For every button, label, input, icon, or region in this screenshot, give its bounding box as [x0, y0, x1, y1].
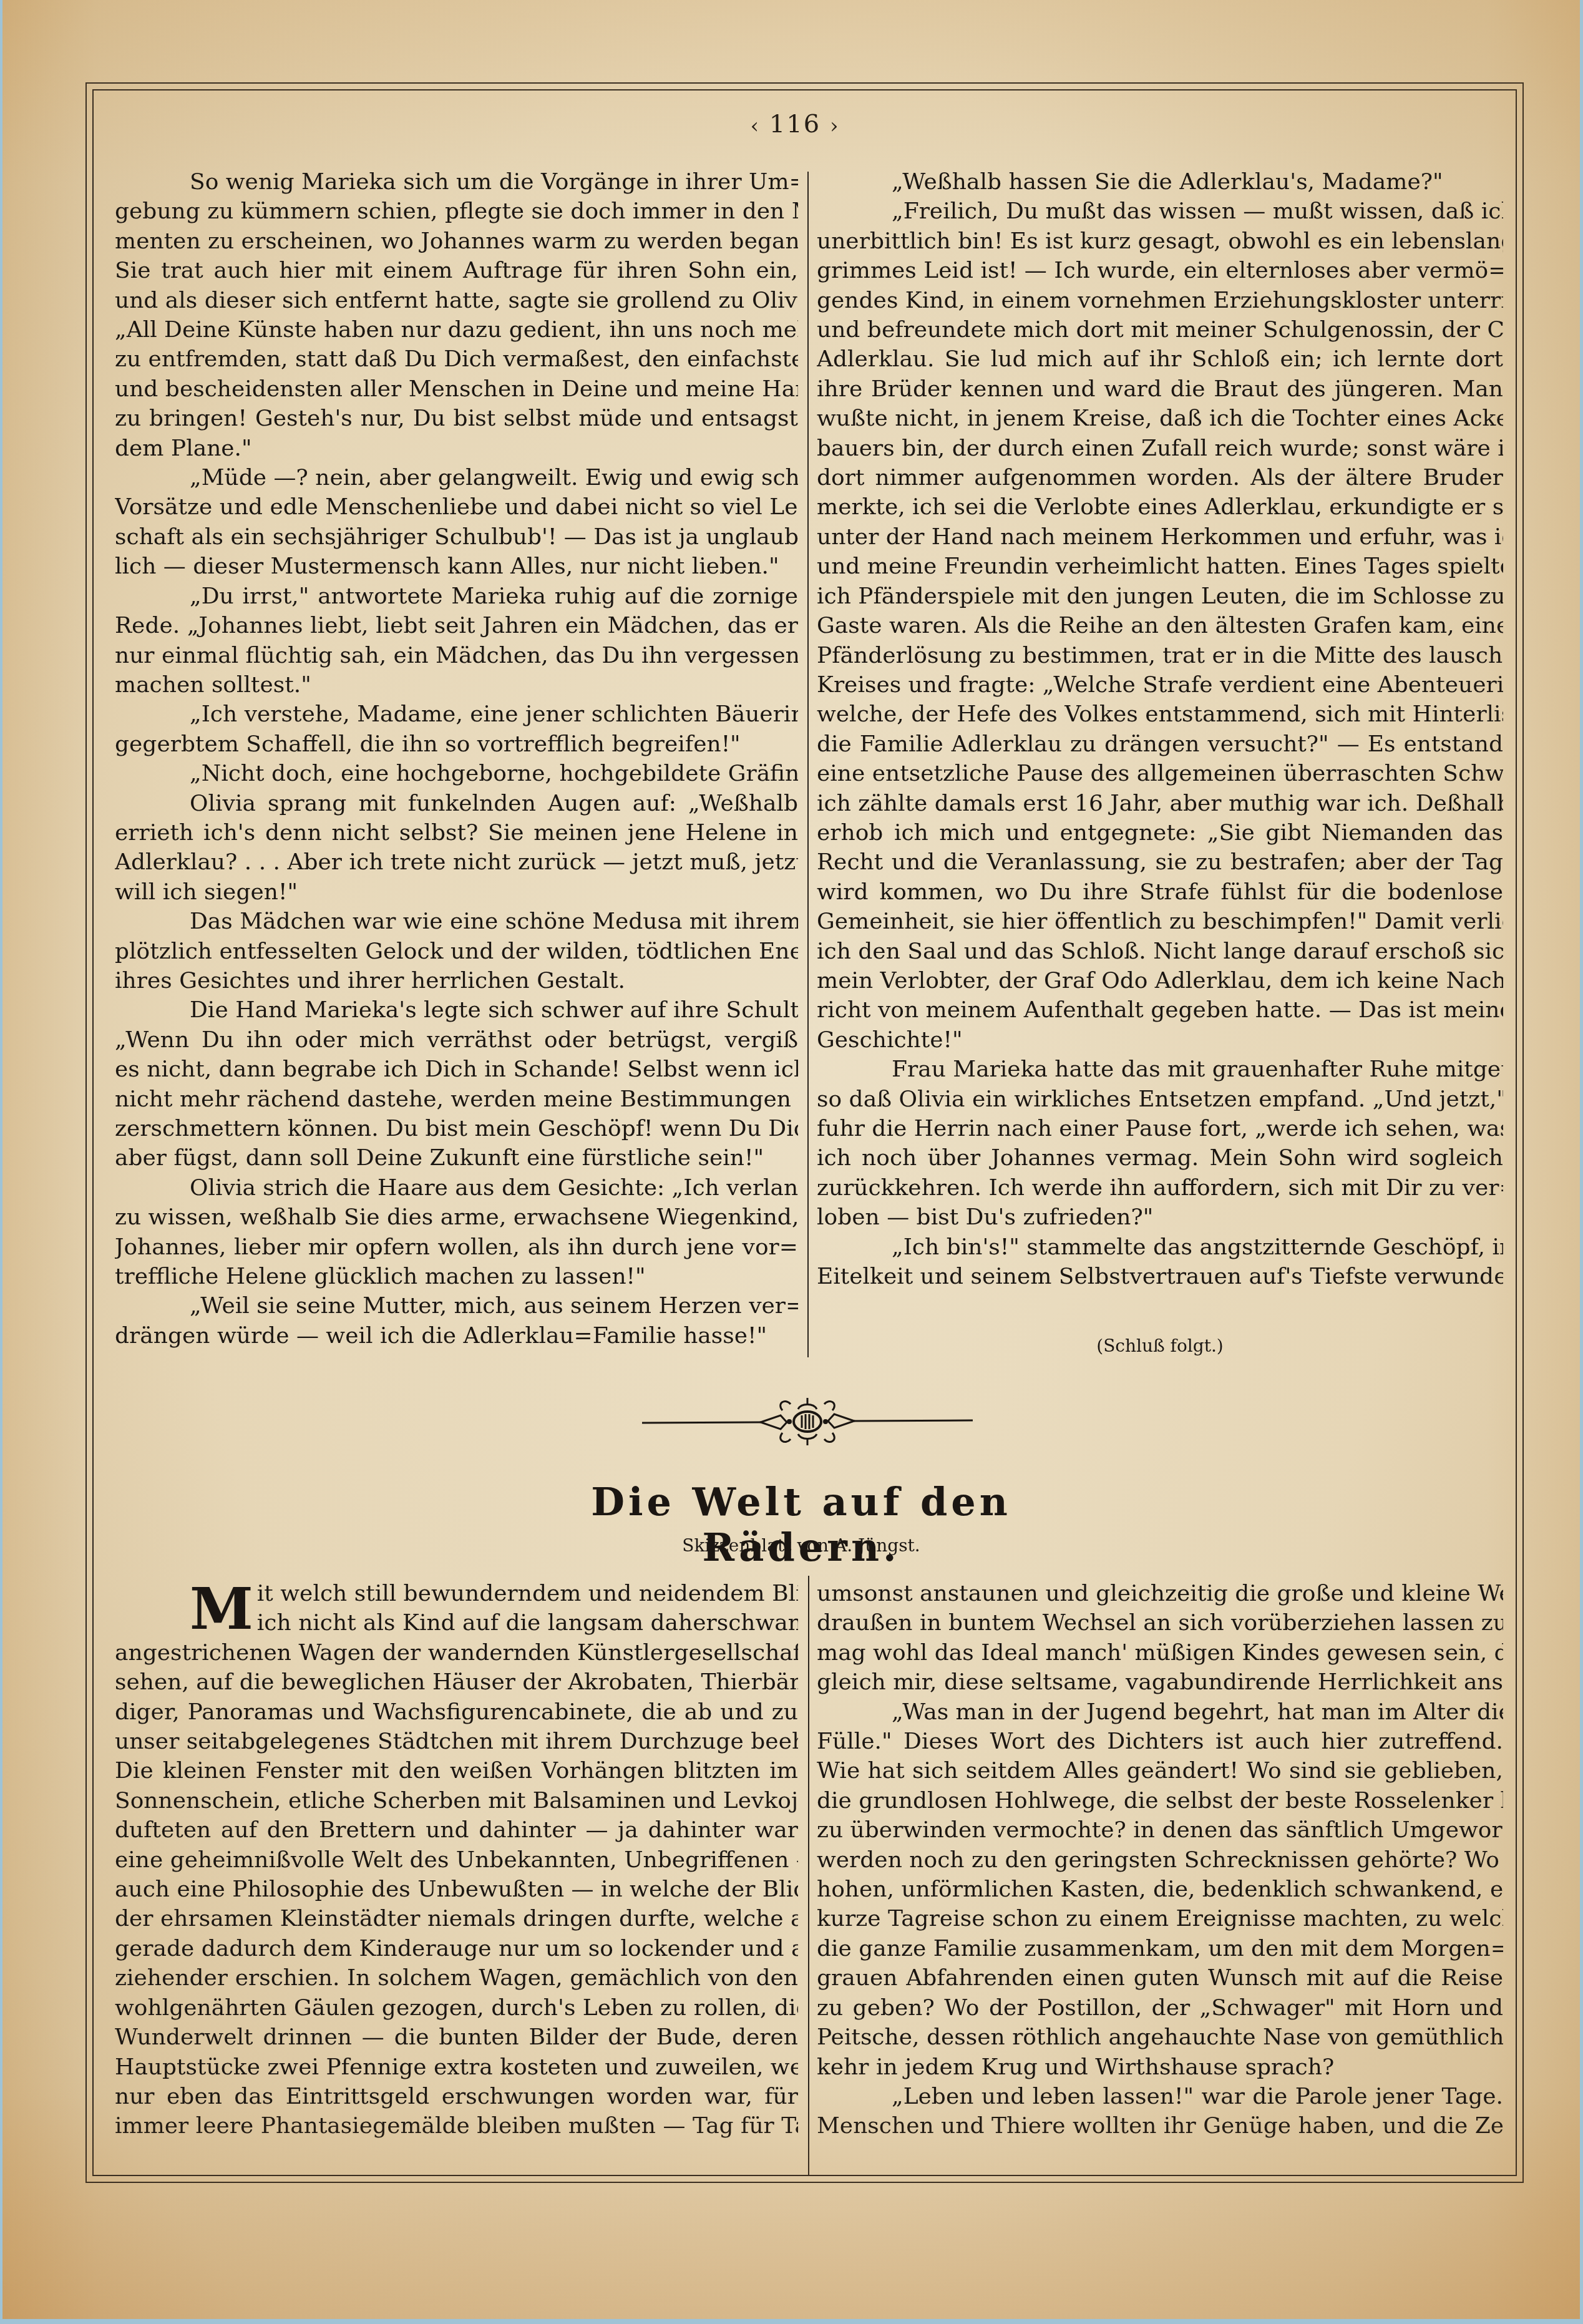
text-line: treffliche Helene glücklich machen zu la… [115, 1262, 798, 1291]
text-line: die Familie Adlerklau zu drängen versuch… [817, 730, 1503, 759]
paragraph: Olivia sprang mit funkelnden Augen auf: … [115, 789, 798, 907]
paragraph: Frau Marieka hatte das mit grauenhafter … [817, 1055, 1503, 1232]
text-line: welche, der Hefe des Volkes entstammend,… [817, 700, 1503, 729]
text-line: nur eben das Eintrittsgeld erschwungen w… [115, 2082, 798, 2111]
text-line: mein Verlobter, der Graf Odo Adlerklau, … [817, 966, 1503, 995]
text-line: angestrichenen Wagen der wandernden Küns… [115, 1638, 798, 1667]
page-number: ‹ 116 › [714, 110, 876, 139]
text-line: umsonst anstaunen und gleichzeitig die g… [817, 1579, 1503, 1608]
text-line: unser seitabgelegenes Städtchen mit ihre… [115, 1727, 798, 1756]
text-line: gleich mir, diese seltsame, vagabundiren… [817, 1667, 1503, 1697]
text-line: auch eine Philosophie des Unbewußten — i… [115, 1875, 798, 1904]
text-line: und bescheidensten aller Menschen in Dei… [115, 374, 798, 404]
text-line: ich nicht als Kind auf die langsam daher… [257, 1608, 798, 1638]
text-line: Menschen und Thiere wollten ihr Genüge h… [817, 2111, 1503, 2141]
text-line: „Weßhalb hassen Sie die Adlerklau's, Mad… [817, 167, 1503, 197]
text-line: Frau Marieka hatte das mit grauenhafter … [817, 1055, 1503, 1084]
text-line: zurückkehren. Ich werde ihn auffordern, … [817, 1173, 1503, 1203]
text-line: gebung zu kümmern schien, pflegte sie do… [115, 197, 798, 226]
text-line: kurze Tagreise schon zu einem Ereignisse… [817, 1904, 1503, 1933]
text-line: Rede. „Johannes liebt, liebt seit Jahren… [115, 611, 798, 640]
page-number-value: 116 [769, 110, 821, 139]
text-line: draußen in buntem Wechsel an sich vorübe… [817, 1608, 1503, 1638]
text-line: fuhr die Herrin nach einer Pause fort, „… [817, 1114, 1503, 1143]
text-line: zu überwinden vermochte? in denen das sä… [817, 1815, 1503, 1845]
paragraph: „Ich bin's!" stammelte das angstzitternd… [817, 1233, 1503, 1292]
text-line: Wie hat sich seitdem Alles geändert! Wo … [817, 1756, 1503, 1785]
text-line: plötzlich entfesselten Gelock und der wi… [115, 937, 798, 966]
text-line: wußte nicht, in jenem Kreise, daß ich di… [817, 404, 1503, 433]
text-line: Peitsche, dessen röthlich angehauchte Na… [817, 2023, 1503, 2052]
text-line: „Leben und leben lassen!" war die Parole… [817, 2082, 1503, 2111]
story1-right-column: „Weßhalb hassen Sie die Adlerklau's, Mad… [817, 167, 1503, 1291]
text-line: grauen Abfahrenden einen guten Wunsch mi… [817, 1963, 1503, 1993]
text-line: Die Hand Marieka's legte sich schwer auf… [115, 995, 798, 1025]
text-line: die ganze Familie zusammenkam, um den mi… [817, 1934, 1503, 1963]
paragraph: „Weßhalb hassen Sie die Adlerklau's, Mad… [817, 167, 1503, 197]
text-line: Das Mädchen war wie eine schöne Medusa m… [115, 907, 798, 936]
text-line: zu entfremden, statt daß Du Dich vermaße… [115, 344, 798, 374]
page-number-ornament-left-icon: ‹ [750, 114, 760, 139]
text-line: aber fügst, dann soll Deine Zukunft eine… [115, 1143, 798, 1173]
text-line: Kreises und fragte: „Welche Strafe verdi… [817, 670, 1503, 700]
text-line: ziehender erschien. In solchem Wagen, ge… [115, 1963, 798, 1993]
text-line: sehen, auf die beweglichen Häuser der Ak… [115, 1667, 798, 1697]
text-line: „Was man in der Jugend begehrt, hat man … [817, 1697, 1503, 1727]
story1-left-column: So wenig Marieka sich um die Vorgänge in… [115, 167, 798, 1350]
text-line: „Ich bin's!" stammelte das angstzitternd… [817, 1233, 1503, 1262]
paragraph: „Freilich, Du mußt das wissen — mußt wis… [817, 197, 1503, 1055]
text-line: gegerbtem Schaffell, die ihn so vortreff… [115, 730, 798, 759]
paragraph: Mit welch still bewunderndem und neidend… [115, 1579, 798, 2141]
text-line: Olivia sprang mit funkelnden Augen auf: … [115, 789, 798, 818]
text-line: errieth ich's denn nicht selbst? Sie mei… [115, 818, 798, 847]
text-line: Die kleinen Fenster mit den weißen Vorhä… [115, 1756, 798, 1785]
text-line: „Müde —? nein, aber gelangweilt. Ewig un… [115, 463, 798, 492]
scroll-ornament-icon [642, 1397, 973, 1447]
text-line: zerschmettern können. Du bist mein Gesch… [115, 1114, 798, 1143]
text-line: ihres Gesichtes und ihrer herrlichen Ges… [115, 966, 798, 995]
paragraph: „Ich verstehe, Madame, eine jener schlic… [115, 700, 798, 759]
text-line: nur einmal flüchtig sah, ein Mädchen, da… [115, 641, 798, 670]
text-line: Wunderwelt drinnen — die bunten Bilder d… [115, 2023, 798, 2052]
text-line: Hauptstücke zwei Pfennige extra kosteten… [115, 2053, 798, 2082]
text-line: erhob ich mich und entgegnete: „Sie gibt… [817, 818, 1503, 847]
text-line: loben — bist Du's zufrieden?" [817, 1203, 1503, 1232]
text-line: drängen würde — weil ich die Adlerklau=F… [115, 1321, 798, 1350]
text-line: ihre Brüder kennen und ward die Braut de… [817, 374, 1503, 404]
text-line: eine entsetzliche Pause des allgemeinen … [817, 759, 1503, 788]
text-line: Olivia strich die Haare aus dem Gesichte… [115, 1173, 798, 1203]
text-line: wird kommen, wo Du ihre Strafe fühlst fü… [817, 877, 1503, 907]
story2-left-column: Mit welch still bewunderndem und neidend… [115, 1579, 798, 2141]
text-line: zu bringen! Gesteh's nur, Du bist selbst… [115, 404, 798, 433]
text-line: ich Pfänderspiele mit den jungen Leuten,… [817, 582, 1503, 611]
text-line: grimmes Leid ist! — Ich wurde, ein elter… [817, 256, 1503, 285]
paragraph: Olivia strich die Haare aus dem Gesichte… [115, 1173, 798, 1292]
paragraph: „Leben und leben lassen!" war die Parole… [817, 2082, 1503, 2141]
paragraph: umsonst anstaunen und gleichzeitig die g… [817, 1579, 1503, 1697]
text-line: bauers bin, der durch einen Zufall reich… [817, 434, 1503, 463]
text-line: Sonnenschein, etliche Scherben mit Balsa… [115, 1786, 798, 1815]
text-line: menten zu erscheinen, wo Johannes warm z… [115, 227, 798, 256]
text-line: machen solltest." [115, 670, 798, 700]
text-line: die grundlosen Hohlwege, die selbst der … [817, 1786, 1503, 1815]
text-line: Geschichte!" [817, 1025, 1503, 1055]
text-line: Adlerklau? . . . Aber ich trete nicht zu… [115, 847, 798, 877]
text-line: „Wenn Du ihn oder mich verräthst oder be… [115, 1025, 798, 1055]
text-line: „Ich verstehe, Madame, eine jener schlic… [115, 700, 798, 729]
text-line: dem Plane." [115, 434, 798, 463]
newspaper-page: ‹ 116 › So wenig Marieka sich um die Vor… [2, 0, 1580, 2319]
text-line: mag wohl das Ideal manch' müßigen Kindes… [817, 1638, 1503, 1667]
paragraph: „Müde —? nein, aber gelangweilt. Ewig un… [115, 463, 798, 582]
text-line: Sie trat auch hier mit einem Auftrage fü… [115, 256, 798, 285]
text-line: Eitelkeit und seinem Selbstvertrauen auf… [817, 1262, 1503, 1291]
text-line: nicht mehr rächend dastehe, werden meine… [115, 1085, 798, 1114]
continued-note: (Schluß folgt.) [817, 1335, 1503, 1356]
article-subtitle: Skizzenblatt von A. Jüngst. [564, 1535, 1038, 1556]
text-line: richt von meinem Aufenthalt gegeben hatt… [817, 995, 1503, 1025]
text-line: der ehrsamen Kleinstädter niemals dringe… [115, 1904, 798, 1933]
text-line: schaft als ein sechsjähriger Schulbub'! … [115, 522, 798, 552]
story2-right-column: umsonst anstaunen und gleichzeitig die g… [817, 1579, 1503, 2141]
text-line: Fülle." Dieses Wort des Dichters ist auc… [817, 1727, 1503, 1756]
text-line: gerade dadurch dem Kinderauge nur um so … [115, 1934, 798, 1963]
text-line: Gaste waren. Als die Reihe an den ältest… [817, 611, 1503, 640]
text-line: it welch still bewunderndem und neidende… [257, 1579, 798, 1608]
text-line: lich — dieser Mustermensch kann Alles, n… [115, 552, 798, 581]
text-line: Gemeinheit, sie hier öffentlich zu besch… [817, 907, 1503, 936]
page-number-ornament-right-icon: › [830, 114, 840, 139]
text-line: Adlerklau. Sie lud mich auf ihr Schloß e… [817, 344, 1503, 374]
text-line: es nicht, dann begrabe ich Dich in Schan… [115, 1055, 798, 1084]
text-line: Vorsätze und edle Menschenliebe und dabe… [115, 492, 798, 522]
paragraph: Das Mädchen war wie eine schöne Medusa m… [115, 907, 798, 995]
text-line: werden noch zu den geringsten Schrecknis… [817, 1845, 1503, 1875]
text-line: dort nimmer aufgenommen worden. Als der … [817, 463, 1503, 492]
text-line: ich noch über Johannes vermag. Mein Sohn… [817, 1143, 1503, 1173]
paragraph: So wenig Marieka sich um die Vorgänge in… [115, 167, 798, 463]
text-line: hohen, unförmlichen Kasten, die, bedenkl… [817, 1875, 1503, 1904]
text-line: dufteten auf den Brettern und dahinter —… [115, 1815, 798, 1845]
text-line: Pfänderlösung zu bestimmen, trat er in d… [817, 641, 1503, 670]
drop-cap: M [190, 1584, 253, 1634]
text-line: eine geheimnißvolle Welt des Unbekannten… [115, 1845, 798, 1875]
text-line: will ich siegen!" [115, 877, 798, 907]
text-line: kehr in jedem Krug und Wirthshause sprac… [817, 2053, 1503, 2082]
text-line: wohlgenährten Gäulen gezogen, durch's Le… [115, 1993, 798, 2023]
column-divider-bottom [808, 1576, 809, 2175]
paragraph: „Was man in der Jugend begehrt, hat man … [817, 1697, 1503, 2082]
text-line: unter der Hand nach meinem Herkommen und… [817, 522, 1503, 552]
column-divider-top [807, 172, 809, 1357]
text-line: und als dieser sich entfernt hatte, sagt… [115, 286, 798, 315]
text-line: gendes Kind, in einem vornehmen Erziehun… [817, 286, 1503, 315]
text-line: zu geben? Wo der Postillon, der „Schwage… [817, 1993, 1503, 2023]
text-line: Recht und die Veranlassung, sie zu bestr… [817, 847, 1503, 877]
text-line: diger, Panoramas und Wachsfigurencabinet… [115, 1697, 798, 1727]
text-line: so daß Olivia ein wirkliches Entsetzen e… [817, 1085, 1503, 1114]
text-line: „Freilich, Du mußt das wissen — mußt wis… [817, 197, 1503, 226]
paragraph: „Nicht doch, eine hochgeborne, hochgebil… [115, 759, 798, 788]
text-line: und meine Freundin verheimlicht hatten. … [817, 552, 1503, 581]
text-line: unerbittlich bin! Es ist kurz gesagt, ob… [817, 227, 1503, 256]
text-line: zu wissen, weßhalb Sie dies arme, erwach… [115, 1203, 798, 1232]
text-line: „Weil sie seine Mutter, mich, aus seinem… [115, 1291, 798, 1321]
paragraph: „Weil sie seine Mutter, mich, aus seinem… [115, 1291, 798, 1350]
text-line: Johannes, lieber mir opfern wollen, als … [115, 1233, 798, 1262]
text-line: „Du irrst," antwortete Marieka ruhig auf… [115, 582, 798, 611]
text-line: So wenig Marieka sich um die Vorgänge in… [115, 167, 798, 197]
paragraph: „Du irrst," antwortete Marieka ruhig auf… [115, 582, 798, 700]
text-line: ich zählte damals erst 16 Jahr, aber mut… [817, 789, 1503, 818]
text-line: immer leere Phantasiegemälde bleiben muß… [115, 2111, 798, 2141]
article-title: Die Welt auf den Rädern. [564, 1479, 1038, 1570]
text-line: „Nicht doch, eine hochgeborne, hochgebil… [115, 759, 798, 788]
text-line: ich den Saal und das Schloß. Nicht lange… [817, 937, 1503, 966]
text-line: und befreundete mich dort mit meiner Sch… [817, 315, 1503, 344]
paragraph: Die Hand Marieka's legte sich schwer auf… [115, 995, 798, 1173]
text-line: „All Deine Künste haben nur dazu gedient… [115, 315, 798, 344]
text-line: merkte, ich sei die Verlobte eines Adler… [817, 492, 1503, 522]
